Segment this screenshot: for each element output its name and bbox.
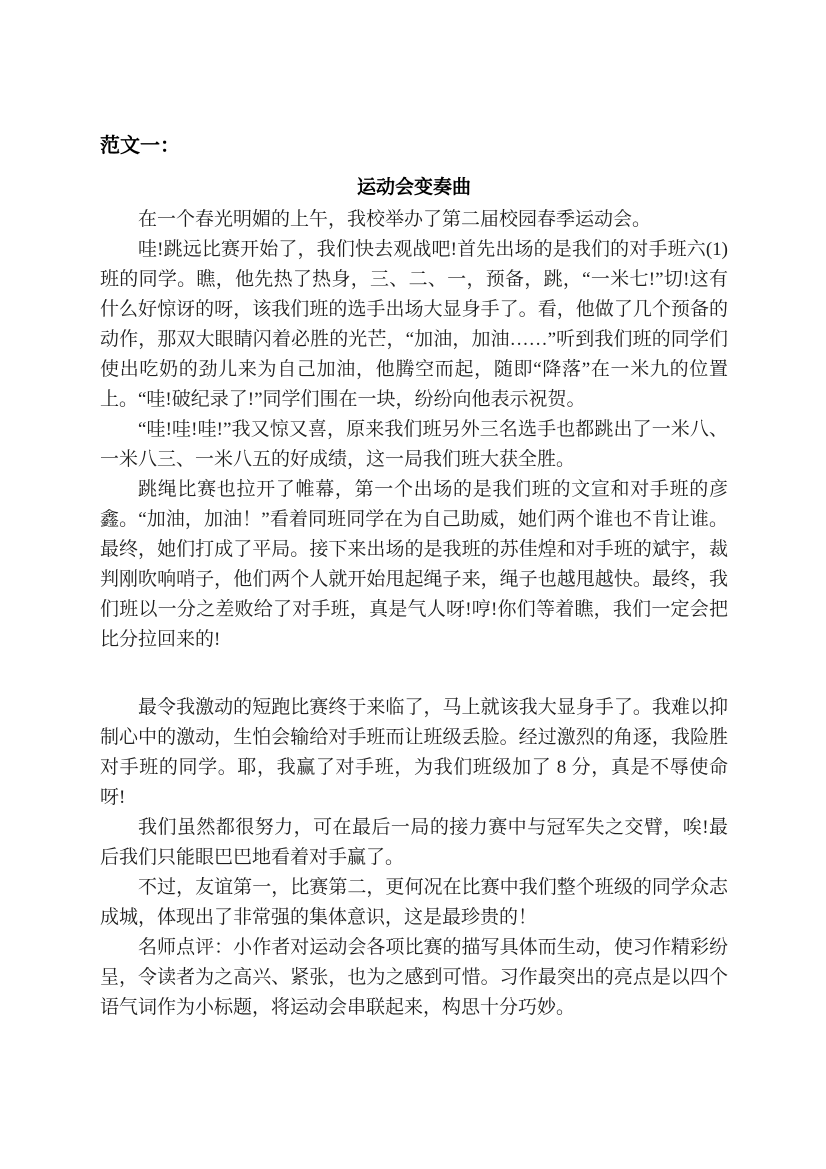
document-content: 范文一： 运动会变奏曲 在一个春光明媚的上午，我校举办了第二届校园春季运动会。哇… (100, 135, 728, 1023)
essay-paragraph: 在一个春光明媚的上午，我校举办了第二届校园春季运动会。 (100, 205, 728, 235)
blank-line (100, 655, 728, 693)
essay-paragraph: 跳绳比赛也拉开了帷幕，第一个出场的是我们班的文宣和对手班的彦鑫。“加油，加油！”… (100, 475, 728, 655)
essay-paragraph: “哇!哇!哇!”我又惊又喜，原来我们班另外三名选手也都跳出了一米八、一米八三、一… (100, 415, 728, 475)
essay-paragraph: 哇!跳远比赛开始了，我们快去观战吧!首先出场的是我们的对手班六(1)班的同学。瞧… (100, 235, 728, 415)
essay-title: 运动会变奏曲 (100, 177, 728, 199)
essay-paragraph: 最令我激动的短跑比赛终于来临了，马上就该我大显身手了。我难以抑制心中的激动，生怕… (100, 693, 728, 813)
essay-paragraph: 名师点评：小作者对运动会各项比赛的描写具体而生动，使习作精彩纷呈，令读者为之高兴… (100, 933, 728, 1023)
section-label: 范文一： (100, 135, 728, 157)
essay-paragraph: 我们虽然都很努力，可在最后一局的接力赛中与冠军失之交臂，唉!最后我们只能眼巴巴地… (100, 813, 728, 873)
document-page: 范文一： 运动会变奏曲 在一个春光明媚的上午，我校举办了第二届校园春季运动会。哇… (0, 0, 826, 1169)
essay-body: 在一个春光明媚的上午，我校举办了第二届校园春季运动会。哇!跳远比赛开始了，我们快… (100, 205, 728, 1023)
essay-paragraph: 不过，友谊第一，比赛第二，更何况在比赛中我们整个班级的同学众志成城，体现出了非常… (100, 873, 728, 933)
